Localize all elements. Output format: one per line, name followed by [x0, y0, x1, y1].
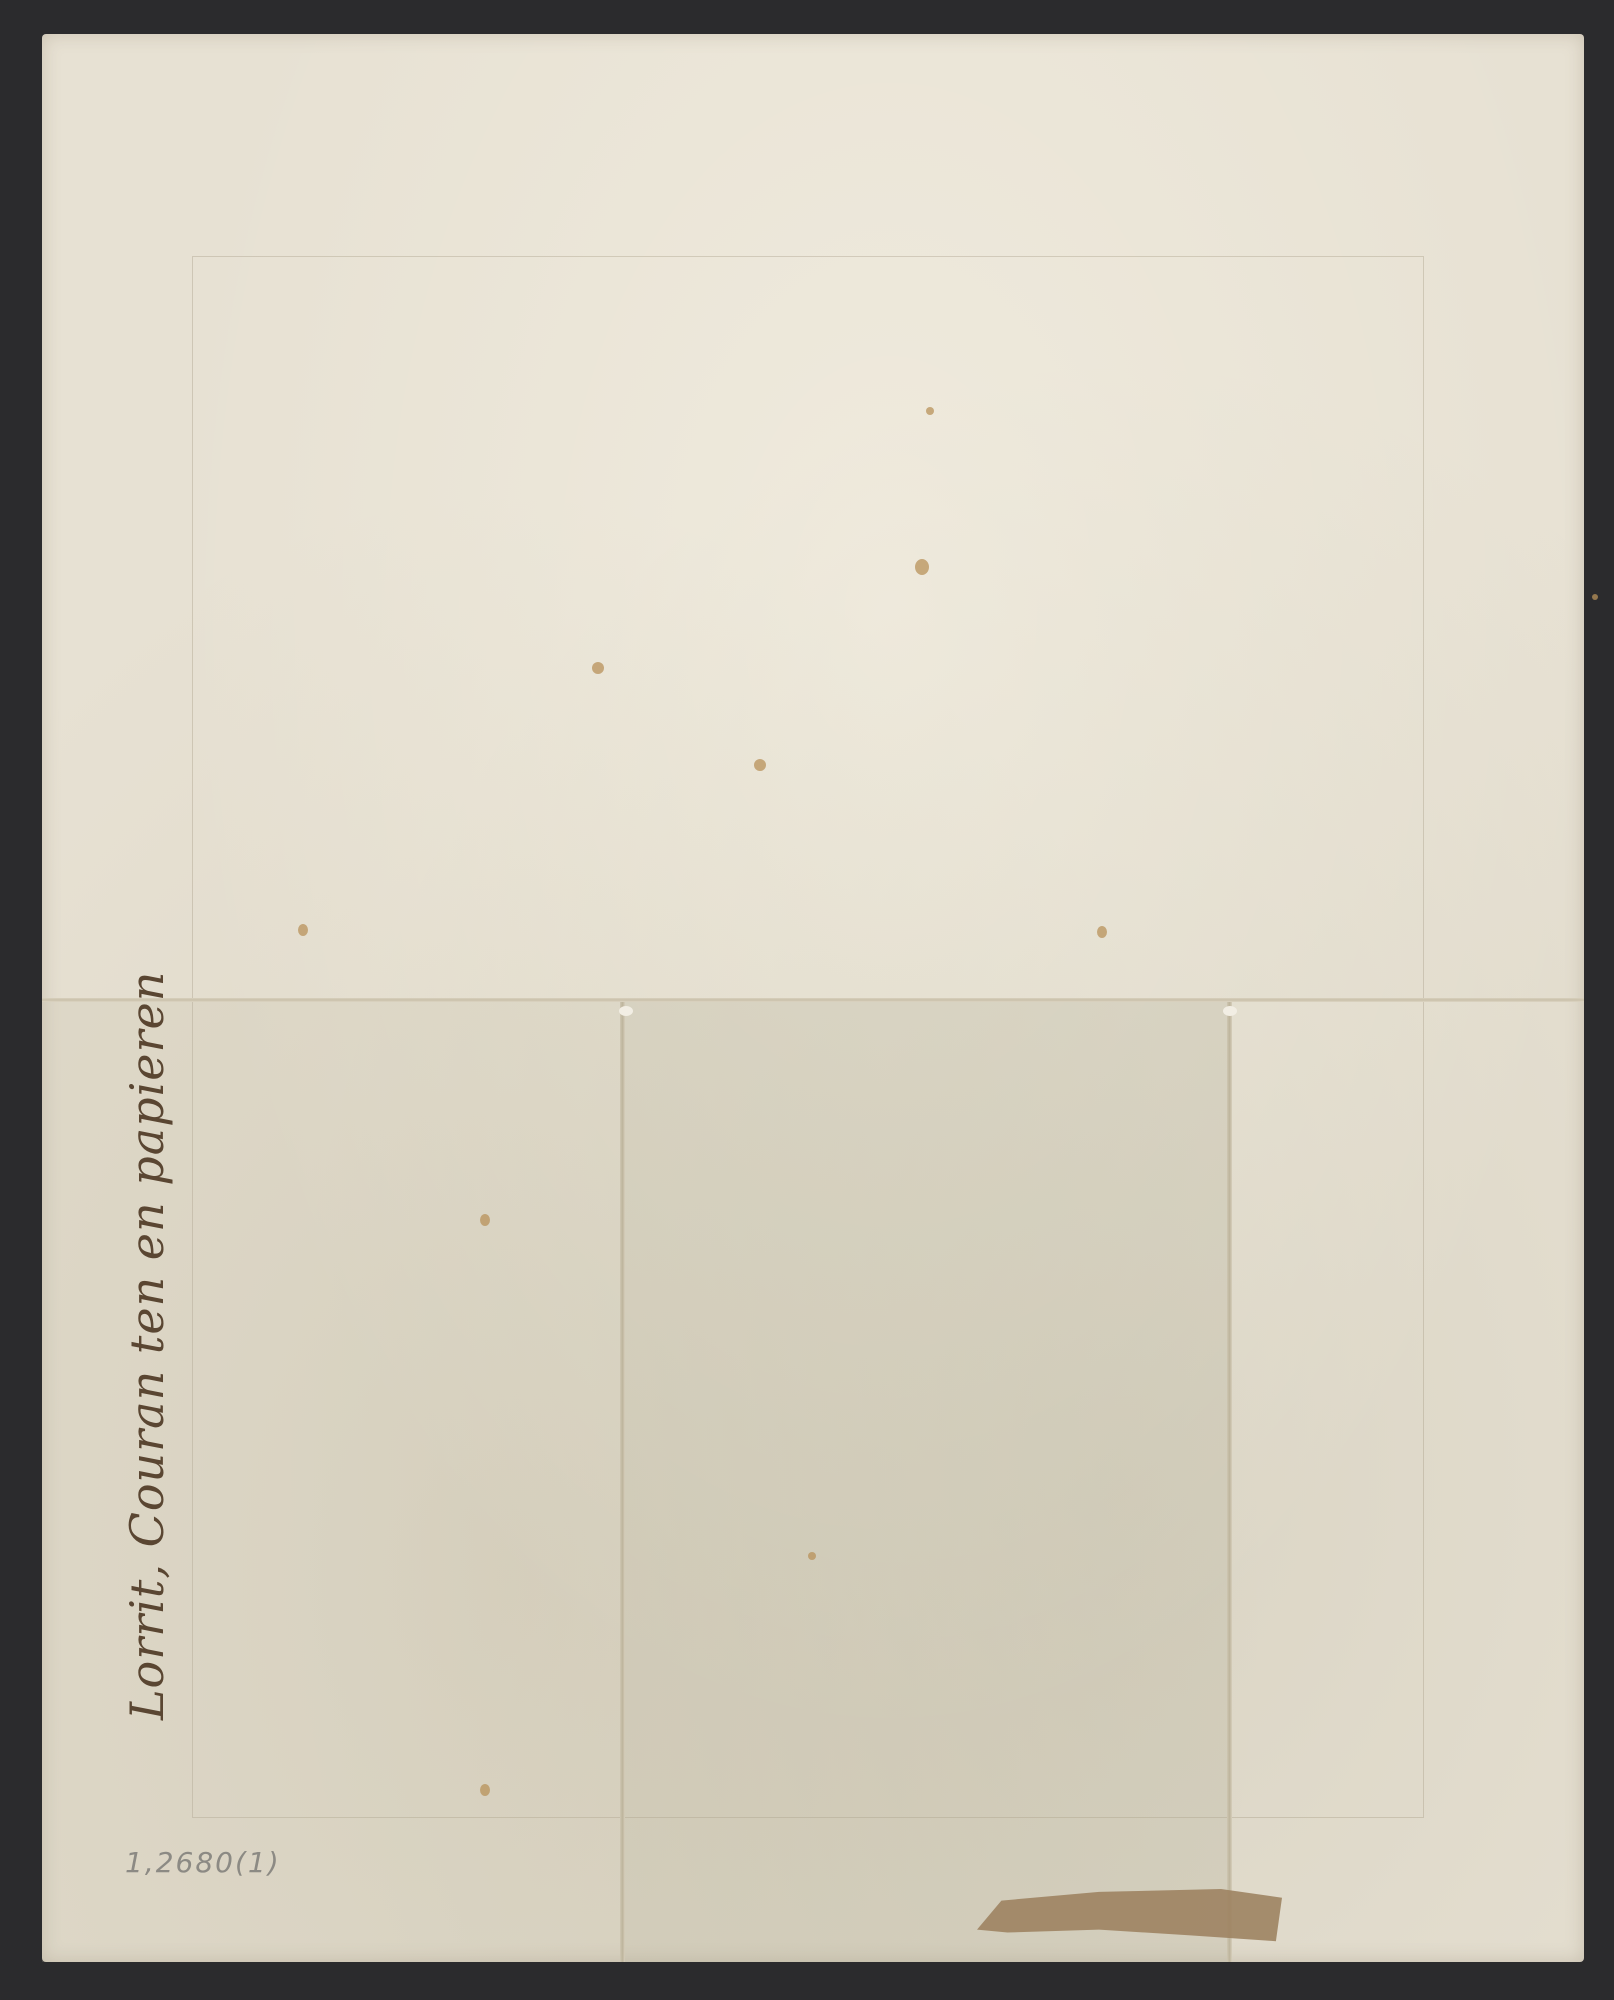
vertical-fold-right [1227, 1002, 1232, 1962]
foxing-spot [480, 1784, 490, 1796]
pinhole [619, 1006, 633, 1016]
foxing-spot [592, 662, 604, 674]
center-panel [625, 1002, 1227, 1962]
foxing-spot [1592, 594, 1598, 600]
foxing-spot [754, 759, 766, 771]
foxing-spot [926, 407, 934, 415]
handwritten-inscription: Lorrit, Couran ten en papieren [120, 971, 174, 1720]
paper-sheet [42, 34, 1584, 1962]
foxing-spot [915, 559, 929, 575]
pinhole [1223, 1006, 1237, 1016]
foxing-spot [298, 924, 308, 936]
vertical-fold-left [620, 1002, 625, 1962]
pencil-inventory-number: 1,2680(1) [125, 1846, 281, 1879]
foxing-spot [1097, 926, 1107, 938]
foxing-spot [480, 1214, 490, 1226]
foxing-spot [808, 1552, 816, 1560]
